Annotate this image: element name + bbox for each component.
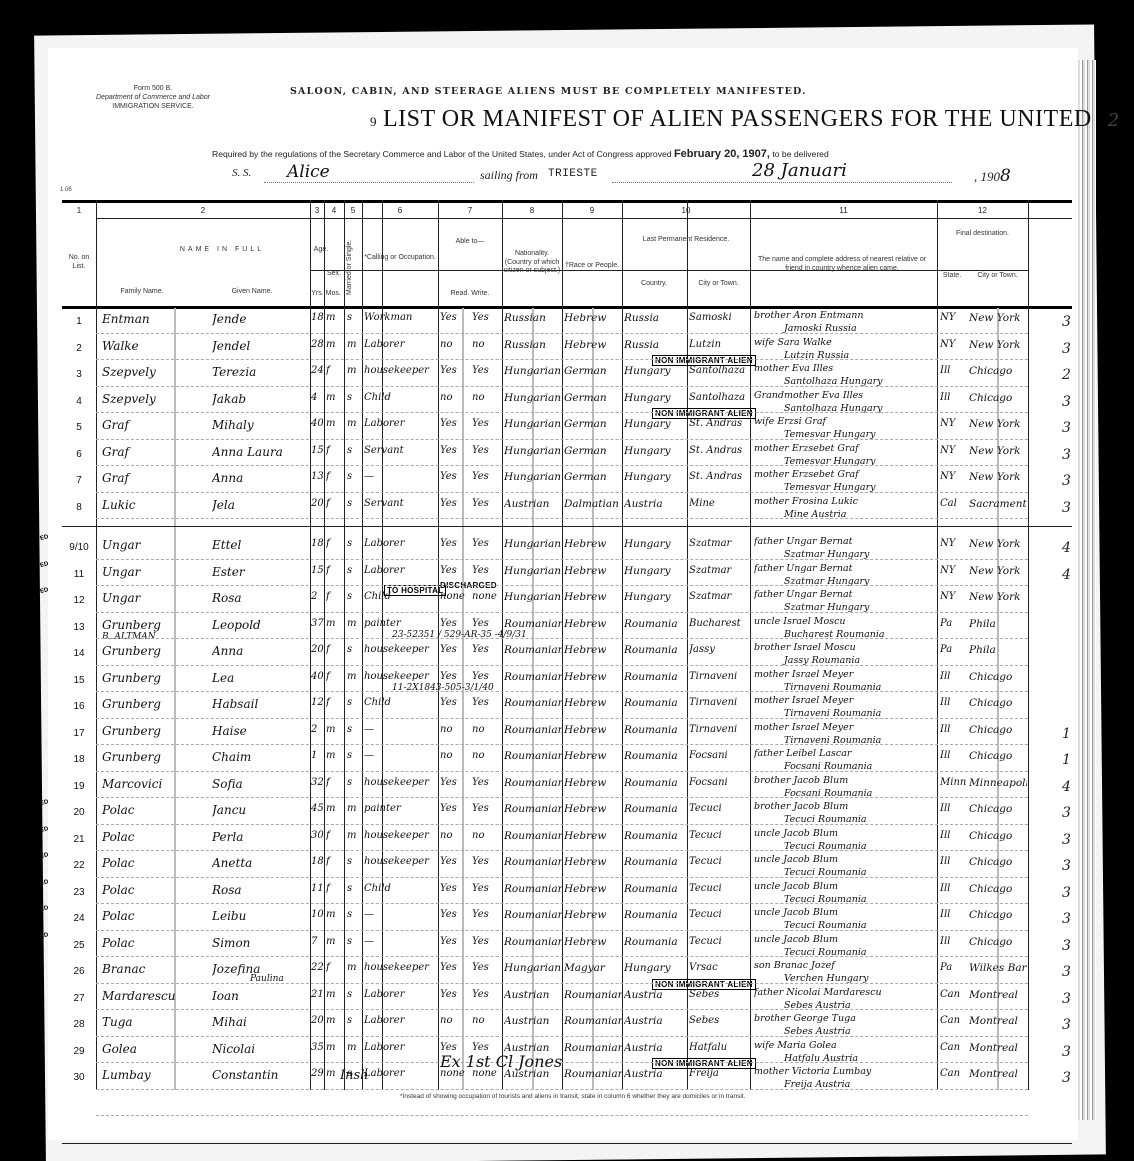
residence-town: Santolhaza <box>689 392 749 403</box>
family-name: Grunberg <box>102 618 202 632</box>
destination-town: Chicago <box>969 856 1027 868</box>
status-stamp: NON IMMIGRANT ALIEN <box>652 979 756 990</box>
nearest-relative: Grandmother Eva IllesSantolhaza Hungary <box>754 389 934 415</box>
destination-state: Ill <box>940 856 966 867</box>
destination-town: New York <box>969 591 1027 603</box>
marital-status: s <box>347 538 363 549</box>
subtitle-text: Required by the regulations of the Secre… <box>212 149 672 159</box>
destination-state: Pa <box>940 962 966 973</box>
relative-line: mother Israel Meyer <box>754 668 934 681</box>
occupation: Laborer <box>364 1015 436 1026</box>
row-rule <box>96 665 1028 666</box>
header-given-name: Given Name. <box>212 288 292 297</box>
family-name: Entman <box>102 312 202 326</box>
occupation: housekeeper <box>364 962 436 973</box>
destination-state: NY <box>940 418 966 429</box>
relative-line: mother Victoria Lumbay <box>754 1065 934 1078</box>
occupation: — <box>364 471 436 482</box>
occupation: — <box>364 750 436 761</box>
nearest-relative: father Ungar BernatSzatmar Hungary <box>754 535 934 561</box>
occupation: Laborer <box>364 989 436 1000</box>
can-read: Yes <box>440 989 470 1000</box>
can-read: Yes <box>440 909 470 920</box>
occupation: housekeeper <box>364 830 436 841</box>
destination-town: Chicago <box>969 724 1027 736</box>
family-name: Graf <box>102 418 202 432</box>
can-read: Yes <box>440 471 470 482</box>
given-name: Mihaly <box>212 418 304 432</box>
relative-line: father Ungar Bernat <box>754 535 934 548</box>
relative-line: father Ungar Bernat <box>754 562 934 575</box>
race: Roumanian <box>564 1068 622 1080</box>
residence-country: Roumania <box>624 644 686 656</box>
marital-status: s <box>347 750 363 761</box>
tally-mark: 3 <box>1062 805 1098 821</box>
race: Hebrew <box>564 538 622 550</box>
given-name: Jendel <box>212 339 304 353</box>
row-rule <box>96 359 1028 360</box>
occupation: Laborer <box>364 339 436 350</box>
column-number-3: 3 <box>310 206 324 215</box>
sex: m <box>326 936 344 947</box>
residence-country: Austria <box>624 1068 686 1080</box>
destination-town: Sacramento <box>969 498 1027 510</box>
row-number: 5 <box>62 422 96 433</box>
given-name: Simon <box>212 936 304 950</box>
ship-line: S. S. Alice sailing from TRIESTE 28 Janu… <box>232 166 1032 188</box>
header-race: †Race or People. <box>562 262 622 271</box>
nearest-relative: mother Eva IllesSantolhaza Hungary <box>754 362 934 388</box>
can-read: Yes <box>440 962 470 973</box>
nearest-relative: brother Aron EntmannJamoski Russia <box>754 309 934 335</box>
row-rule <box>96 612 1028 613</box>
row-rule <box>96 439 1028 440</box>
row-number: 18 <box>62 754 96 765</box>
form-number: Form 500 B. <box>88 84 218 93</box>
year-prefix: , 190 <box>974 169 1000 184</box>
row-rule <box>96 638 1028 639</box>
row-number: 9/10 <box>62 542 96 553</box>
row-rule <box>96 797 1028 798</box>
residence-town: Tirnaveni <box>689 671 749 682</box>
race: Hebrew <box>564 856 622 868</box>
sex: f <box>326 777 344 788</box>
occupation: painter <box>364 618 436 629</box>
race: Hebrew <box>564 830 622 842</box>
marital-status: s <box>347 392 363 403</box>
nearest-relative: wife Maria GoleaHatfalu Austria <box>754 1039 934 1065</box>
row-rule <box>96 850 1028 851</box>
given-name: Anna Laura <box>212 445 304 459</box>
row-rule <box>96 465 1028 466</box>
can-write: no <box>472 1015 502 1026</box>
can-read: Yes <box>440 883 470 894</box>
nearest-relative: mother Israel MeyerTirnaveni Roumania <box>754 721 934 747</box>
destination-town: New York <box>969 538 1027 550</box>
residence-town: Sebes <box>689 1015 749 1026</box>
page-title: 9LIST OR MANIFEST OF ALIEN PASSENGERS FO… <box>370 106 1120 133</box>
header-nearest-relative: The name and complete address of nearest… <box>752 256 932 273</box>
marital-status: s <box>347 697 363 708</box>
sex: f <box>326 671 344 682</box>
residence-country: Hungary <box>624 418 686 430</box>
destination-state: Can <box>940 1015 966 1026</box>
can-write: Yes <box>472 471 502 482</box>
column-number-12: 12 <box>937 206 1028 215</box>
race: Hebrew <box>564 936 622 948</box>
ship-name: Alice <box>287 162 330 182</box>
relative-line: mother Erzsebet Graf <box>754 468 934 481</box>
residence-town: Lutzin <box>689 339 749 350</box>
row-rule <box>96 744 1028 745</box>
occupation: housekeeper <box>364 644 436 655</box>
nationality: Hungarian <box>504 365 562 377</box>
marital-status: s <box>347 312 363 323</box>
given-name: Sofia <box>212 777 304 791</box>
can-read: Yes <box>440 936 470 947</box>
destination-town: Wilkes Barre <box>969 962 1027 974</box>
residence-country: Hungary <box>624 565 686 577</box>
family-name: Branac <box>102 962 202 976</box>
sex: f <box>326 883 344 894</box>
row-number: 20 <box>62 807 96 818</box>
can-read: Yes <box>440 365 470 376</box>
paper-stack-edge <box>1078 60 1096 1120</box>
nationality: Hungarian <box>504 445 562 457</box>
nationality: Roumanian <box>504 936 562 948</box>
sailing-label: sailing from <box>480 168 538 183</box>
given-name: Ettel <box>212 538 304 552</box>
race: German <box>564 365 622 377</box>
family-name: Lumbay <box>102 1068 202 1082</box>
destination-town: New York <box>969 445 1027 457</box>
family-name: Polac <box>102 883 202 897</box>
nearest-relative: mother Israel MeyerTirnaveni Roumania <box>754 694 934 720</box>
residence-town: Tecuci <box>689 830 749 841</box>
destination-state: Can <box>940 989 966 1000</box>
nearest-relative: father Ungar BernatSzatmar Hungary <box>754 562 934 588</box>
can-read: Yes <box>440 418 470 429</box>
tally-mark: 3 <box>1062 938 1098 954</box>
nationality: Roumanian <box>504 830 562 842</box>
tally-mark: 3 <box>1062 341 1098 357</box>
can-write: no <box>472 339 502 350</box>
can-read: no <box>440 339 470 350</box>
sex: f <box>326 644 344 655</box>
nearest-relative: uncle Jacob BlumTecuci Roumania <box>754 880 934 906</box>
race: Roumanian <box>564 1015 622 1027</box>
nearest-relative: uncle Israel MoscuBucharest Roumania <box>754 615 934 641</box>
residence-town: Tecuci <box>689 936 749 947</box>
occupation: — <box>364 909 436 920</box>
row-number: 2 <box>62 343 96 354</box>
destination-state: Cal <box>940 498 966 509</box>
nationality: Roumanian <box>504 644 562 656</box>
sex: f <box>326 697 344 708</box>
nationality: Hungarian <box>504 962 562 974</box>
race: Magyar <box>564 962 622 974</box>
destination-state: Ill <box>940 697 966 708</box>
residence-town: Tecuci <box>689 909 749 920</box>
marital-status: s <box>347 591 363 602</box>
can-read: no <box>440 724 470 735</box>
nationality: Hungarian <box>504 471 562 483</box>
header-last-residence: Last Permanent Residence. <box>622 236 750 245</box>
inspector-initials: Insh <box>340 1068 369 1083</box>
marital-status: m <box>347 830 363 841</box>
occupation: — <box>364 724 436 735</box>
nationality: Roumanian <box>504 803 562 815</box>
row-rule <box>96 559 1028 560</box>
destination-town: Chicago <box>969 671 1027 683</box>
given-name: Leibu <box>212 909 304 923</box>
destination-town: Chicago <box>969 365 1027 377</box>
nearest-relative: uncle Jacob BlumTecuci Roumania <box>754 906 934 932</box>
occupation: Servant <box>364 445 436 456</box>
column-number-5: 5 <box>344 206 362 215</box>
family-name: Ungar <box>102 591 202 605</box>
sex: m <box>326 909 344 920</box>
row-rule <box>96 1036 1028 1037</box>
nearest-relative: brother Israel MoscuJassy Roumania <box>754 641 934 667</box>
residence-country: Roumania <box>624 750 686 762</box>
occupation: Child <box>364 697 436 708</box>
nationality: Roumanian <box>504 724 562 736</box>
race: Hebrew <box>564 312 622 324</box>
destination-town: Chicago <box>969 803 1027 815</box>
race: Hebrew <box>564 909 622 921</box>
nationality: Roumanian <box>504 697 562 709</box>
can-read: no <box>440 750 470 761</box>
tally-mark: 3 <box>1062 500 1098 516</box>
marital-status: s <box>347 445 363 456</box>
destination-state: Ill <box>940 883 966 894</box>
tally-mark: 1 <box>1062 726 1098 742</box>
family-name: Marcovici <box>102 777 202 791</box>
row-number: 26 <box>62 966 96 977</box>
relative-line: brother George Tuga <box>754 1012 934 1025</box>
residence-country: Roumania <box>624 618 686 630</box>
row-number: 30 <box>62 1072 96 1083</box>
destination-state: Ill <box>940 936 966 947</box>
residence-town: Tirnaveni <box>689 724 749 735</box>
nationality: Hungarian <box>504 538 562 550</box>
header-dest-state: State. <box>937 272 967 281</box>
given-name: Jakab <box>212 392 304 406</box>
marital-status: m <box>347 365 363 376</box>
family-name: Tuga <box>102 1015 202 1029</box>
residence-country: Roumania <box>624 909 686 921</box>
header-nationality: Nationality. (Country of which citizen o… <box>502 250 562 276</box>
tally-mark: 3 <box>1062 1044 1098 1060</box>
sex: f <box>326 538 344 549</box>
occupation: housekeeper <box>364 777 436 788</box>
race: Hebrew <box>564 697 622 709</box>
relative-line: brother Israel Moscu <box>754 641 934 654</box>
residence-country: Hungary <box>624 591 686 603</box>
can-write: Yes <box>472 1042 502 1053</box>
sex: f <box>326 591 344 602</box>
residence-town: Szatmar <box>689 565 749 576</box>
marital-status: s <box>347 471 363 482</box>
sheet-number: 1 06 <box>60 187 72 193</box>
header-dest-town: City or Town. <box>967 272 1028 281</box>
column-number-4: 4 <box>324 206 344 215</box>
residence-country: Roumania <box>624 883 686 895</box>
race: Hebrew <box>564 750 622 762</box>
can-read: Yes <box>440 445 470 456</box>
relative-line: uncle Jacob Blum <box>754 880 934 893</box>
row-rule <box>96 492 1028 493</box>
can-write: Yes <box>472 962 502 973</box>
nationality: Roumanian <box>504 671 562 683</box>
given-name: Habsail <box>212 697 304 711</box>
relative-line: wife Sara Walke <box>754 336 934 349</box>
occupation: Laborer <box>364 565 436 576</box>
nearest-relative: father Ungar BernatSzatmar Hungary <box>754 588 934 614</box>
can-write: Yes <box>472 618 502 629</box>
can-write: Yes <box>472 312 502 323</box>
table-top-rule <box>62 200 1072 203</box>
can-write: Yes <box>472 909 502 920</box>
family-name: Graf <box>102 445 202 459</box>
destination-state: Minn <box>940 777 966 788</box>
can-write: Yes <box>472 365 502 376</box>
marital-status: s <box>347 777 363 788</box>
sex: f <box>326 365 344 376</box>
residence-town: Vrsac <box>689 962 749 973</box>
row-number: 16 <box>62 701 96 712</box>
destination-town: New York <box>969 565 1027 577</box>
given-name: Anna <box>212 471 304 485</box>
sex: m <box>326 618 344 629</box>
race: Hebrew <box>564 591 622 603</box>
header-residence-town: City or Town. <box>687 280 750 289</box>
residence-town: Mine <box>689 498 749 509</box>
residence-country: Roumania <box>624 803 686 815</box>
destination-state: Pa <box>940 644 966 655</box>
header-age: Age. <box>310 246 332 255</box>
nearest-relative: brother Jacob BlumFocsani Roumania <box>754 774 934 800</box>
given-name: Haise <box>212 724 304 738</box>
family-name: Lukic <box>102 498 202 512</box>
given-name: Jancu <box>212 803 304 817</box>
residence-town: Tirnaveni <box>689 697 749 708</box>
race: Hebrew <box>564 644 622 656</box>
family-name: Ungar <box>102 538 202 552</box>
can-write: Yes <box>472 445 502 456</box>
can-write: no <box>472 830 502 841</box>
residence-country: Austria <box>624 498 686 510</box>
destination-state: NY <box>940 471 966 482</box>
department-name: Department of Commerce and Labor <box>88 93 218 102</box>
officer-signature: Ex 1st Cl Jones <box>440 1052 562 1071</box>
occupation: housekeeper <box>364 365 436 376</box>
row-rule <box>96 930 1028 931</box>
row-number: 4 <box>62 396 96 407</box>
row-rule <box>96 877 1028 878</box>
residence-country: Hungary <box>624 392 686 404</box>
nearest-relative: wife Sara WalkeLutzin Russia <box>754 336 934 362</box>
marital-status: m <box>347 803 363 814</box>
residence-country: Hungary <box>624 471 686 483</box>
sex: m <box>326 418 344 429</box>
tally-mark: 3 <box>1062 885 1098 901</box>
sex: f <box>326 471 344 482</box>
given-name: Ester <box>212 565 304 579</box>
marital-status: m <box>347 418 363 429</box>
regulation-subtitle: Required by the regulations of the Secre… <box>212 148 829 160</box>
race: Hebrew <box>564 724 622 736</box>
row-rule <box>96 824 1028 825</box>
row-rule <box>96 1115 1028 1116</box>
family-name: Grunberg <box>102 724 202 738</box>
can-read: Yes <box>440 644 470 655</box>
relative-line: uncle Jacob Blum <box>754 827 934 840</box>
family-name: Mardarescu <box>102 989 202 1003</box>
residence-country: Hungary <box>624 538 686 550</box>
destination-state: Ill <box>940 803 966 814</box>
destination-state: NY <box>940 445 966 456</box>
destination-town: Minneapolis <box>969 777 1027 789</box>
relative-line: uncle Jacob Blum <box>754 853 934 866</box>
destination-town: Montreal <box>969 1015 1027 1027</box>
can-read: Yes <box>440 498 470 509</box>
given-name: Rosa <box>212 591 304 605</box>
race: German <box>564 418 622 430</box>
family-name: Polac <box>102 803 202 817</box>
relative-line: mother Erzsebet Graf <box>754 442 934 455</box>
nationality: Roumanian <box>504 883 562 895</box>
row-number: 22 <box>62 860 96 871</box>
family-name: Grunberg <box>102 697 202 711</box>
can-read: no <box>440 830 470 841</box>
occupation: housekeeper <box>364 856 436 867</box>
row-rule <box>96 903 1028 904</box>
residence-country: Austria <box>624 1015 686 1027</box>
residence-country: Roumania <box>624 936 686 948</box>
sex: m <box>326 1042 344 1053</box>
marital-status: s <box>347 936 363 947</box>
destination-state: Pa <box>940 618 966 629</box>
row-rule <box>96 518 1028 519</box>
status-stamp: NON IMMIGRANT ALIEN <box>652 1058 756 1069</box>
destination-state: NY <box>940 591 966 602</box>
can-read: Yes <box>440 538 470 549</box>
can-write: Yes <box>472 936 502 947</box>
occupation: painter <box>364 803 436 814</box>
destination-state: Ill <box>940 392 966 403</box>
occupation: — <box>364 936 436 947</box>
nearest-relative: mother Frosina LukicMine Austria <box>754 495 934 521</box>
race: Hebrew <box>564 883 622 895</box>
residence-country: Roumania <box>624 777 686 789</box>
annotation: B. ALTMAN <box>102 632 156 642</box>
race: Roumanian <box>564 1042 622 1054</box>
relative-line: mother Israel Meyer <box>754 721 934 734</box>
marital-status: m <box>347 339 363 350</box>
row-rule <box>96 956 1028 957</box>
sex: f <box>326 565 344 576</box>
tally-mark: 1 <box>1062 752 1098 768</box>
ship-label: S. S. <box>232 167 251 179</box>
nationality: Hungarian <box>504 565 562 577</box>
row-number: 8 <box>62 502 96 513</box>
row-rule <box>96 1089 1028 1090</box>
can-write: none <box>472 591 502 602</box>
tally-mark: 3 <box>1062 314 1098 330</box>
group-divider <box>62 526 1072 527</box>
